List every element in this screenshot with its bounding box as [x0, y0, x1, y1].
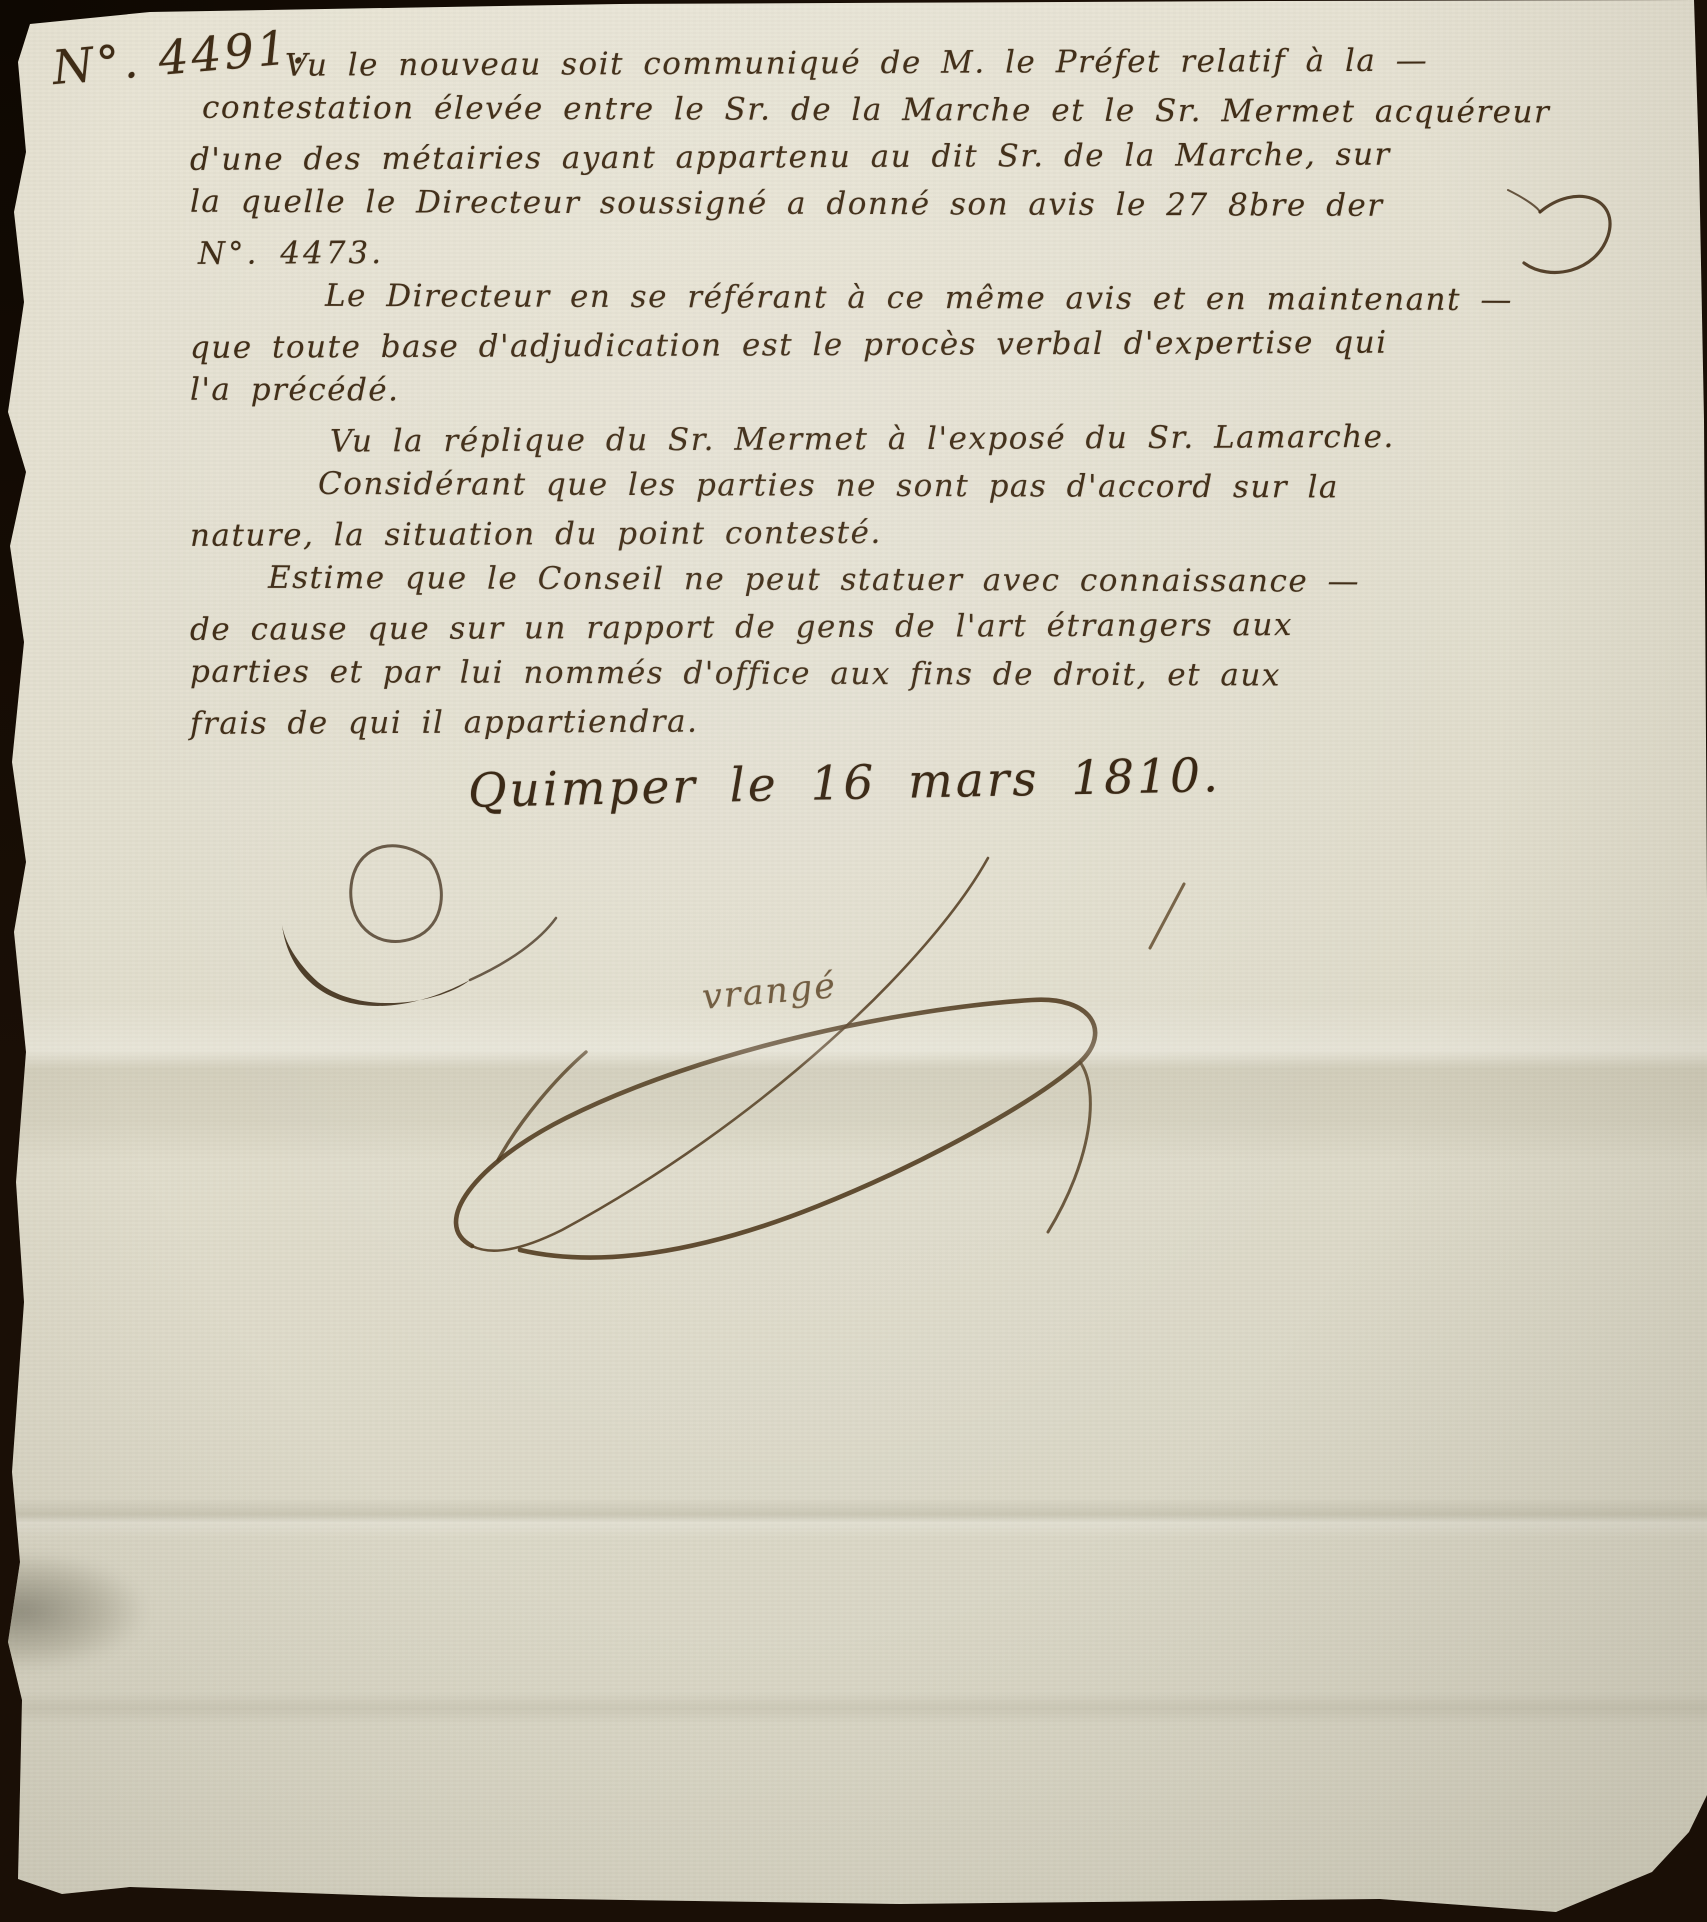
- date-line: Quimper le 16 mars 1810.: [468, 748, 1222, 819]
- text-line: contestation élevée entre le Sr. de la M…: [202, 85, 1510, 137]
- text-line: l'a précédé.: [190, 367, 1510, 419]
- text-line: Considérant que les parties ne sont pas …: [318, 461, 1510, 512]
- text-line: d'une des métairies ayant appartenu au d…: [190, 131, 1510, 184]
- fold-crease: [0, 1692, 1707, 1724]
- text-line: nature, la situation du point contesté.: [190, 507, 1510, 560]
- text-line: Le Directeur en se référant à ce même av…: [325, 273, 1510, 324]
- text-line: Vu la réplique du Sr. Mermet à l'exposé …: [330, 413, 1510, 465]
- text-line: que toute base d'adjudication est le pro…: [190, 319, 1510, 372]
- q-tail-crescent-icon: [282, 846, 556, 1006]
- text-line: la quelle le Directeur soussigné a donné…: [190, 179, 1510, 231]
- text-line: frais de qui il appartiendra.: [190, 695, 1510, 748]
- fold-crease: [0, 1498, 1707, 1538]
- photo-of-manuscript: { "page": { "background_color": "#1a0f06…: [0, 0, 1707, 1922]
- annotation-word: vrangé: [701, 966, 839, 1018]
- manuscript-page: N°. 4491. Vu le nouveau soit communiqué …: [0, 0, 1707, 1922]
- line-end-curl-icon: [1508, 190, 1610, 272]
- manuscript-text: Vu le nouveau soit communiqué de M. le P…: [190, 40, 1510, 745]
- text-line: N°. 4473.: [198, 225, 1510, 278]
- text-line: Vu le nouveau soit communiqué de M. le P…: [285, 37, 1510, 89]
- fold-crease: [0, 1002, 1707, 1162]
- text-line: Estime que le Conseil ne peut statuer av…: [268, 555, 1510, 606]
- text-line: parties et par lui nommés d'office aux f…: [190, 649, 1510, 701]
- text-line: de cause que sur un rapport de gens de l…: [190, 601, 1510, 654]
- paper-stain: [0, 1552, 146, 1670]
- signature-paraph-icon: [456, 858, 1184, 1258]
